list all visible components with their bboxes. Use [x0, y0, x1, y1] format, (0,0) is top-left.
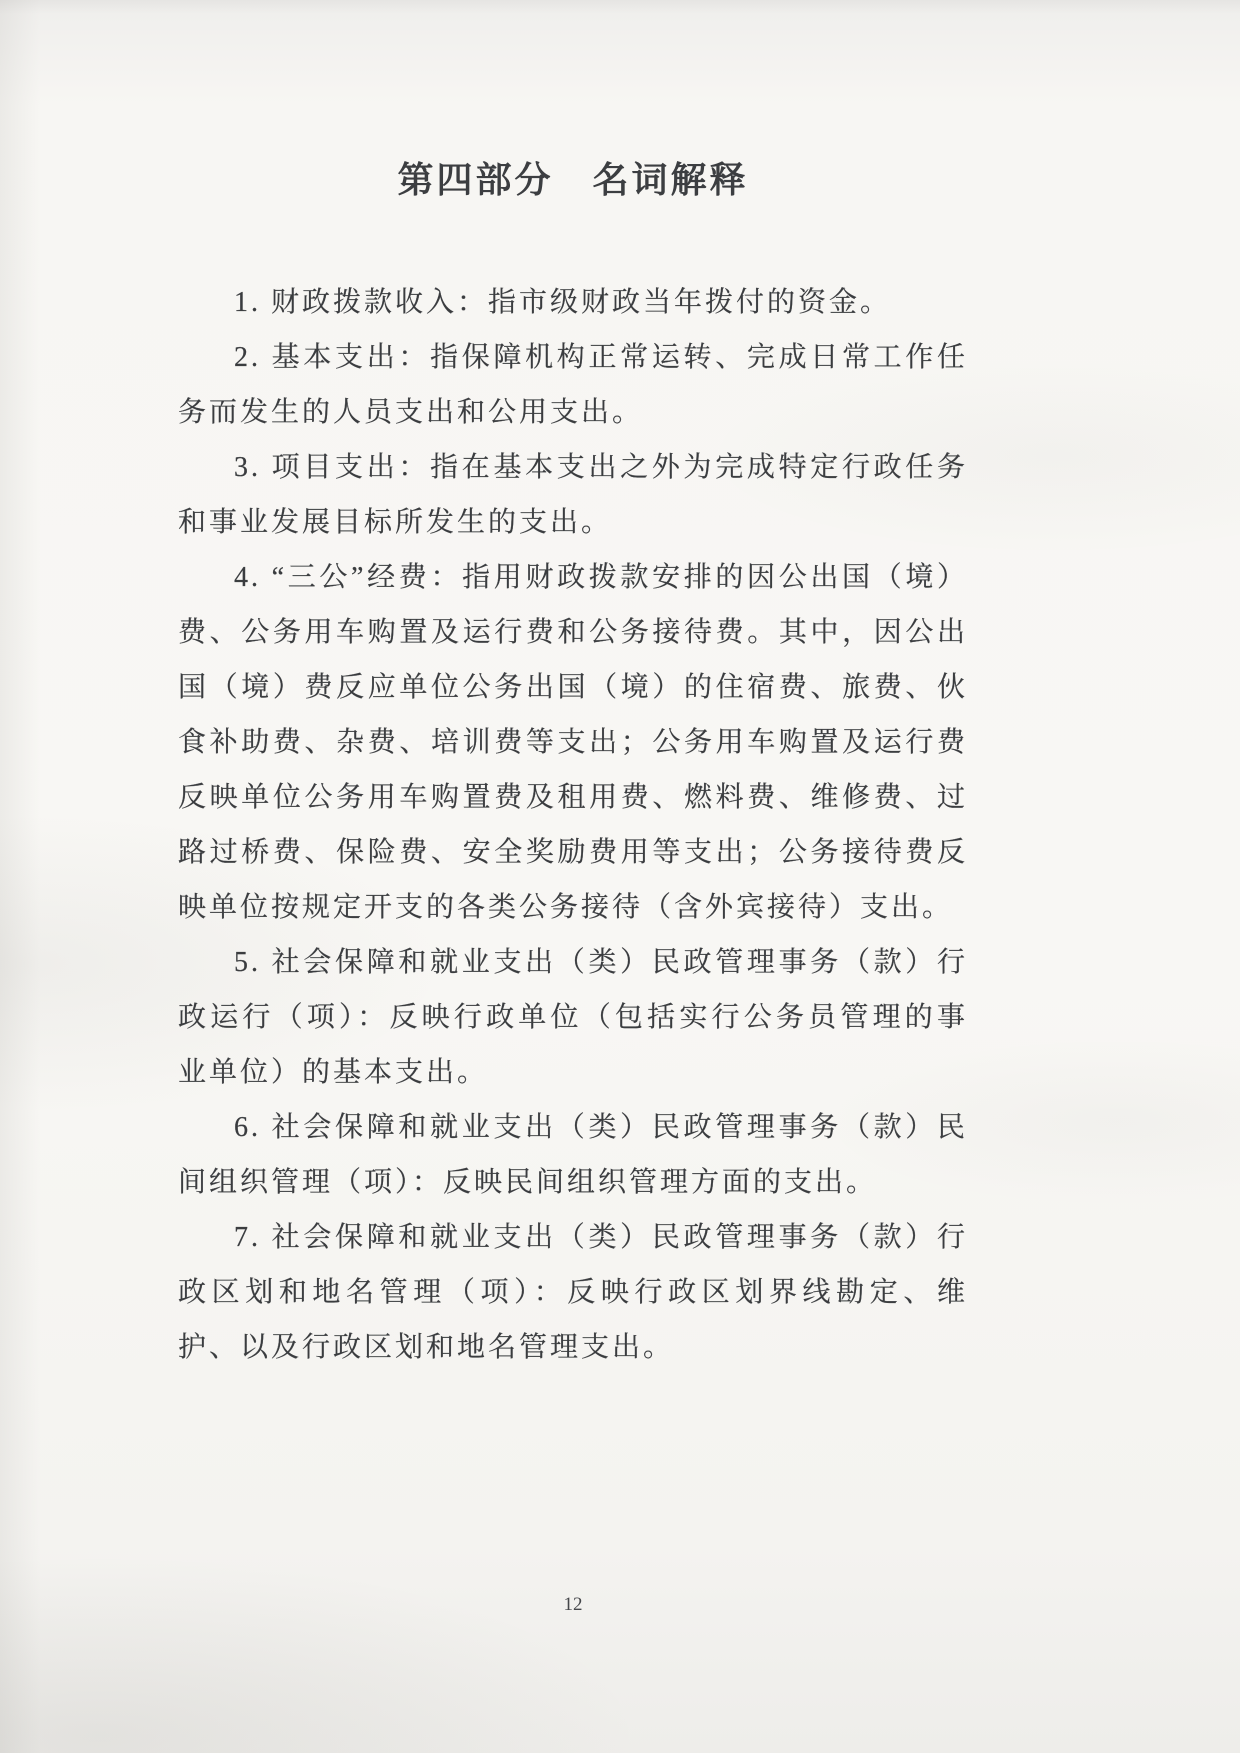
section-title: 第四部分 名词解释: [178, 152, 968, 203]
definition-paragraph-5: 5. 社会保障和就业支出（类）民政管理事务（款）行政运行（项）：反映行政单位（包…: [178, 935, 968, 1100]
document-content: 第四部分 名词解释 1. 财政拨款收入：指市级财政当年拨付的资金。 2. 基本支…: [178, 0, 968, 1375]
definition-paragraph-2: 2. 基本支出：指保障机构正常运转、完成日常工作任务而发生的人员支出和公用支出。: [178, 330, 968, 440]
definition-paragraph-6: 6. 社会保障和就业支出（类）民政管理事务（款）民间组织管理（项）：反映民间组织…: [178, 1100, 968, 1210]
definition-paragraph-4: 4. “三公”经费：指用财政拨款安排的因公出国（境）费、公务用车购置及运行费和公…: [178, 550, 968, 935]
definition-paragraph-7: 7. 社会保障和就业支出（类）民政管理事务（款）行政区划和地名管理（项）：反映行…: [178, 1210, 968, 1375]
definition-paragraph-3: 3. 项目支出：指在基本支出之外为完成特定行政任务和事业发展目标所发生的支出。: [178, 440, 968, 550]
page-number: 12: [178, 1594, 968, 1616]
document-body: 1. 财政拨款收入：指市级财政当年拨付的资金。 2. 基本支出：指保障机构正常运…: [178, 275, 968, 1375]
scanned-document-page: 第四部分 名词解释 1. 财政拨款收入：指市级财政当年拨付的资金。 2. 基本支…: [0, 0, 1240, 1753]
definition-paragraph-1: 1. 财政拨款收入：指市级财政当年拨付的资金。: [178, 275, 968, 330]
